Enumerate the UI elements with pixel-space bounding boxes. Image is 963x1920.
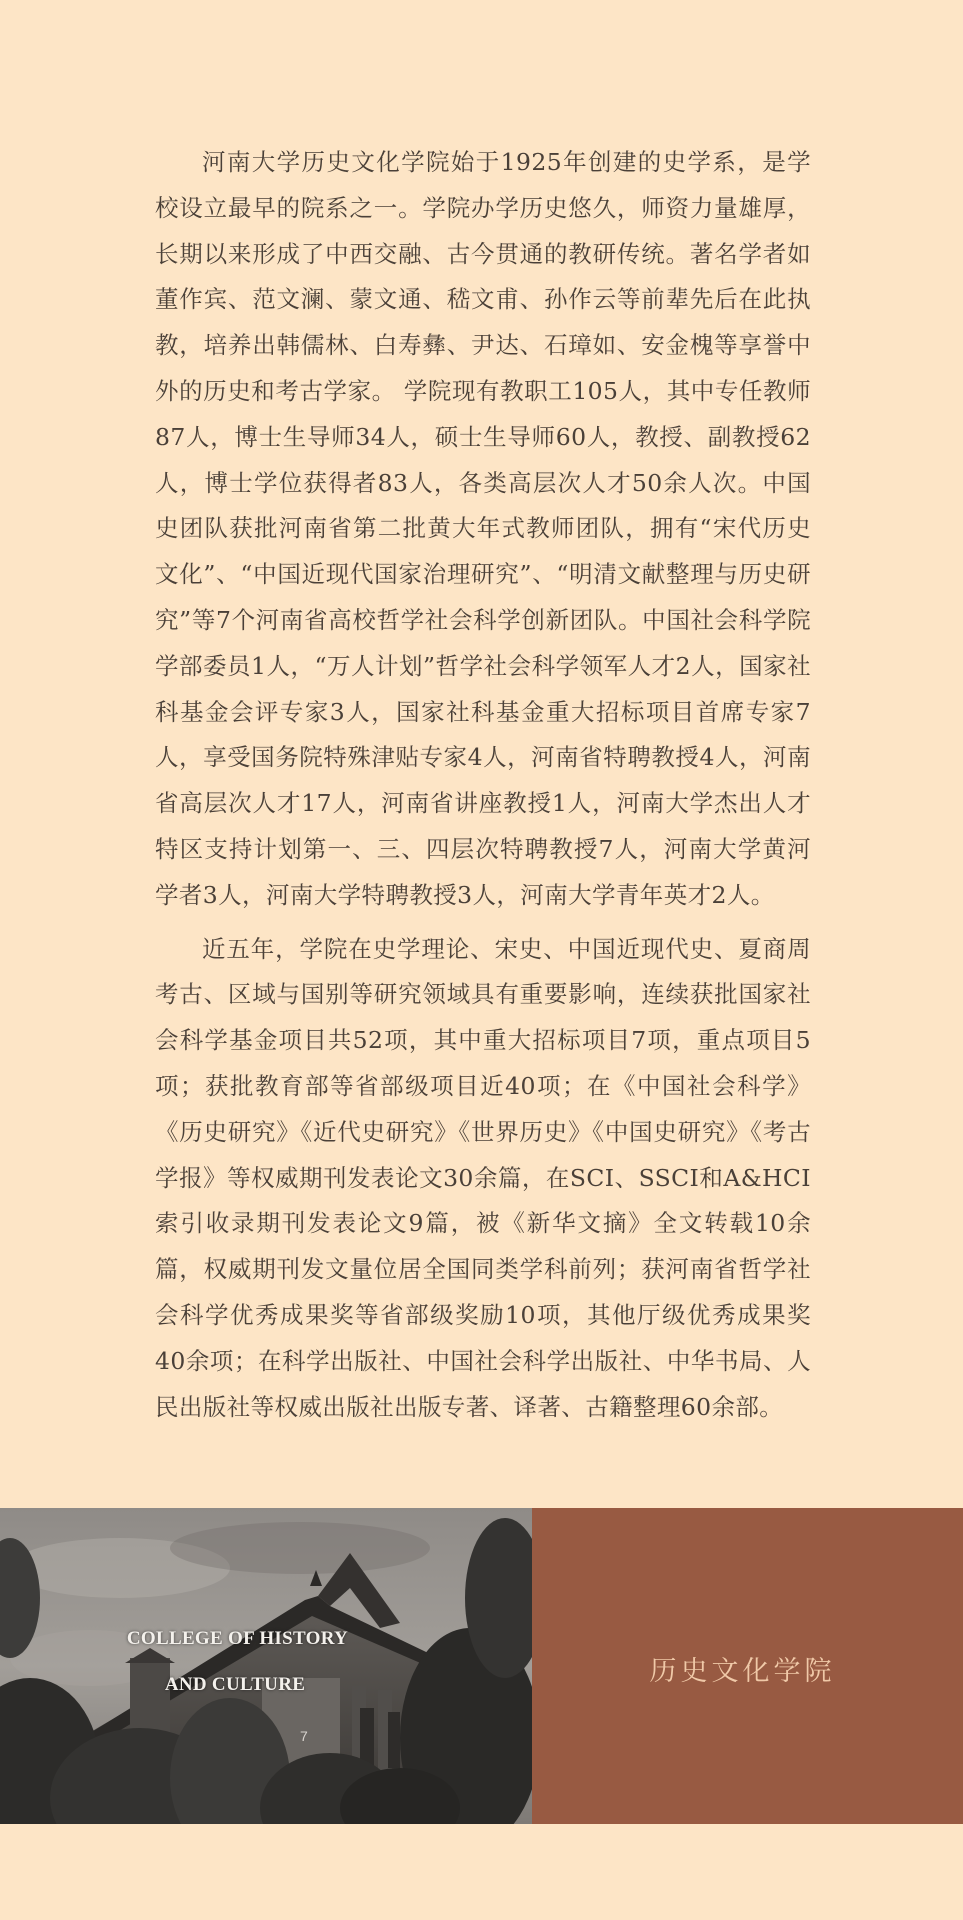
photo-caption-line1: COLLEGE OF HISTORY (0, 1628, 475, 1650)
college-name-title: 历史文化学院 (650, 1649, 836, 1688)
brand-panel: 历史文化学院 (532, 1508, 963, 1824)
article-body: 河南大学历史文化学院始于1925年创建的史学系，是学校设立最早的院系之一。学院办… (155, 140, 811, 1430)
campus-building-photo: 7 COLLEGE OF HISTORY AND CULTURE (0, 1508, 532, 1824)
building-illustration: 7 (0, 1508, 532, 1824)
college-banner: 7 COLLEGE OF HISTORY AND CULTURE 历史文化学院 (0, 1508, 963, 1824)
paragraph-history-faculty: 河南大学历史文化学院始于1925年创建的史学系，是学校设立最早的院系之一。学院办… (155, 140, 811, 919)
paragraph-research-achievements: 近五年，学院在史学理论、宋史、中国近现代史、夏商周考古、区域与国别等研究领域具有… (155, 927, 811, 1431)
svg-text:7: 7 (300, 1728, 308, 1744)
photo-caption-line2: AND CULTURE (0, 1674, 470, 1696)
